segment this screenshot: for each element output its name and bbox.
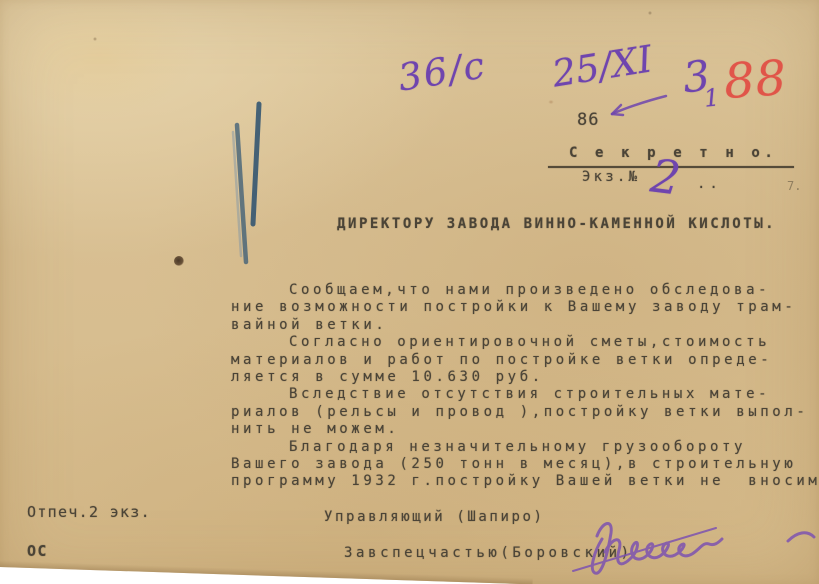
handwritten-file-number: 36/с (395, 43, 489, 99)
ink-speck (174, 256, 184, 266)
copy-number-label: Экз.№ (582, 169, 640, 185)
signature-line-manager: Управляющий (Шапиро) (324, 509, 545, 525)
letter-body: Сообщаем,что нами произведено обследова-… (231, 282, 819, 491)
body-line: Сообщаем,что нами произведено обследова- (231, 282, 819, 299)
paper: 36/с 25/XI 3 1 88 86 С е к р е т н о. Эк… (0, 0, 819, 584)
handwritten-date-year-ones: 1 (703, 83, 721, 112)
faint-mark: 7. (787, 179, 801, 193)
footer-copies-note: Отпеч.2 экз. (27, 503, 151, 521)
handwritten-red-number: 88 (722, 50, 789, 110)
body-line: Согласно ориентировочной сметы,стоимость (231, 334, 819, 351)
body-line: риалов (рельсы и провод ),постройку ветк… (231, 404, 819, 421)
copy-number-dots: .. (697, 176, 722, 192)
page-number: 86 (577, 110, 599, 130)
footer-typist-initials: ОС (27, 542, 48, 560)
body-line: программу 1932 г.постройку Вашей ветки н… (231, 473, 819, 490)
paper-bottom-edge-shadow (0, 560, 533, 584)
body-line: материалов и работ по постройке ветки оп… (231, 352, 819, 369)
handwritten-date-day-month: 25/XI (549, 37, 655, 95)
copy-number-value: 2 (648, 148, 684, 205)
signature-line-special-section: Завспецчастью(Боровский) (344, 545, 633, 561)
body-line: Благодаря незначительному грузообороту (231, 439, 819, 456)
addressee-line: ДИРЕКТОРУ ЗАВОДА ВИННО-КАМЕННОЙ КИСЛОТЫ. (337, 216, 776, 232)
body-line: Вследствие отсутствия строительных мате- (231, 386, 819, 403)
body-line: ляется в сумме 10.630 руб. (231, 369, 819, 386)
body-line: вайной ветки. (231, 317, 819, 334)
body-line: нить не можем. (231, 421, 819, 438)
scanned-document: 36/с 25/XI 3 1 88 86 С е к р е т н о. Эк… (0, 0, 819, 584)
body-line: ние возможности постройки к Вашему завод… (231, 299, 819, 316)
body-line: Вашего завода (250 тонн в месяц),в строи… (231, 456, 819, 473)
